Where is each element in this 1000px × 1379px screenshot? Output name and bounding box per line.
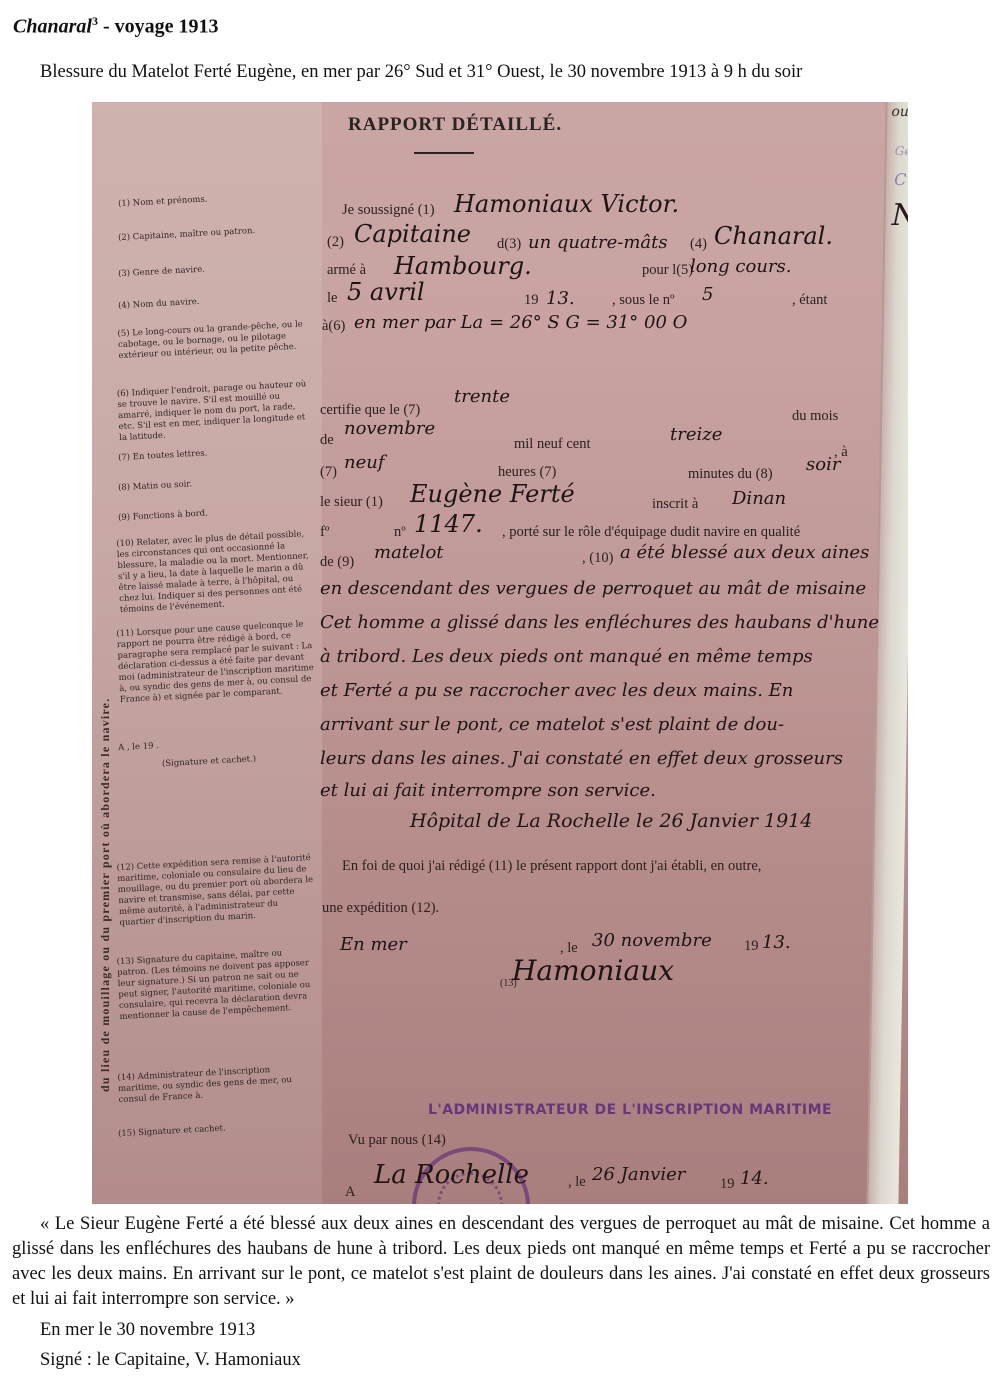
printed-mil-neuf-cent: mil neuf cent <box>514 436 591 453</box>
handwritten-place: En mer <box>340 934 407 955</box>
printed-ref6: à(6) <box>322 318 345 335</box>
transcription-signed: Signé : le Capitaine, V. Hamoniaux <box>40 1350 301 1371</box>
printed-le-sieur: le sieur (1) <box>320 494 383 511</box>
handwritten-year: 13. <box>546 288 575 309</box>
title-rule <box>414 152 474 154</box>
printed-inscrit-a: inscrit à <box>652 496 698 513</box>
captain-signature: Hamoniaux <box>512 954 674 987</box>
printed-de9: de (9) <box>320 554 354 571</box>
printed-le3: , le <box>568 1174 586 1191</box>
printed-a: A <box>345 1184 355 1201</box>
handwritten-reg-number: 1147. <box>414 510 483 538</box>
printed-de: de <box>320 432 334 449</box>
printed-vu-par-nous: Vu par nous (14) <box>348 1132 446 1149</box>
margin-note: (10) Relater, avec le plus de détail pos… <box>116 529 316 616</box>
handwritten-sailor: Eugène Ferté <box>410 480 575 508</box>
handwritten-hospital-note: Hôpital de La Rochelle le 26 Janvier 191… <box>410 810 812 832</box>
printed-ref2: (2) <box>327 234 344 251</box>
printed-year3: 19 <box>720 1176 735 1193</box>
printed-je-soussigne: Je soussigné (1) <box>342 202 435 219</box>
printed-sous-le-no: , sous le nº <box>612 292 675 309</box>
margin-note: (12) Cette expédition sera remise à l'au… <box>116 853 315 929</box>
adjacent-sheet: ou Gén C N <box>866 102 908 1204</box>
handwritten-place3: La Rochelle <box>374 1160 529 1190</box>
document-photo: ou Gén C N du lieu de mouillage ou du pr… <box>92 102 908 1204</box>
title-rest: - voyage 1913 <box>98 16 219 38</box>
printed-une-expedition: une expédition (12). <box>322 900 439 917</box>
handwritten-port: Hambourg. <box>394 252 532 280</box>
printed-ref7: (7) <box>320 464 337 481</box>
transcription-quote: « Le Sieur Eugène Ferté a été blessé aux… <box>12 1212 990 1312</box>
handwritten-date2: 30 novembre <box>592 930 712 951</box>
handwritten-hour: neuf <box>344 452 385 473</box>
printed-le: le <box>327 290 337 307</box>
narrative-line: Cet homme a glissé dans les enfléchures … <box>320 612 879 633</box>
handwritten-ship-type: un quatre-mâts <box>528 232 668 253</box>
printed-year: 19 <box>524 292 539 309</box>
printed-d3: d(3) <box>497 236 521 253</box>
handwritten-year-words: treize <box>670 424 722 445</box>
narrative-line: leurs dans les aines. J'ai constaté en e… <box>320 748 843 769</box>
printed-heures: heures (7) <box>498 464 556 481</box>
printed-ref4: (4) <box>690 236 707 253</box>
printed-ref10: , (10) <box>582 550 613 567</box>
narrative-line: et lui ai fait interrompre son service. <box>320 780 656 801</box>
printed-certifie: certifie que le (7) <box>320 402 420 419</box>
handwritten-position: en mer par La = 26° S G = 31° 00 O <box>354 312 687 333</box>
vertical-margin-note: du lieu de mouillage ou du premier port … <box>98 698 113 1092</box>
printed-arme-a: armé à <box>327 262 366 279</box>
handwritten-registered-at: Dinan <box>732 488 786 509</box>
narrative-line: à tribord. Les deux pieds ont manqué en … <box>320 646 813 667</box>
page-title: Chanaral3 - voyage 1913 <box>13 14 218 39</box>
handwritten-date3: 26 Janvier <box>592 1164 685 1185</box>
printed-year2: 19 <box>744 938 759 955</box>
handwritten-year2: 13. <box>762 932 791 953</box>
printed-pour: pour l(5) <box>642 262 693 279</box>
handwritten-date: 5 avril <box>347 278 425 306</box>
margin-note: (11) Lorsque pour une cause quelconque l… <box>116 619 316 706</box>
handwritten-month: novembre <box>344 418 435 439</box>
printed-folio: fº <box>320 524 329 541</box>
handwritten-rank: Capitaine <box>354 220 471 248</box>
narrative-line: en descendant des vergues de perroquet a… <box>320 578 866 599</box>
handwritten-voyage: long cours. <box>690 256 792 277</box>
printed-en-foi: En foi de quoi j'ai rédigé (11) le prése… <box>342 858 761 875</box>
handwritten-function: matelot <box>374 542 444 563</box>
handwritten-year3: 14. <box>740 1168 769 1189</box>
handwritten-period: soir <box>806 454 840 475</box>
printed-porte-sur: , porté sur le rôle d'équipage dudit nav… <box>502 524 800 541</box>
printed-no: nº <box>394 524 406 541</box>
report-title: RAPPORT DÉTAILLÉ. <box>348 114 562 136</box>
printed-minutes-du: minutes du (8) <box>688 466 773 483</box>
handwritten-ship: Chanaral. <box>714 222 833 250</box>
margin-note: (13) Signature du capitaine, maître ou p… <box>116 947 315 1023</box>
administrator-stamp: L'ADMINISTRATEUR DE L'INSCRIPTION MARITI… <box>428 1102 832 1118</box>
printed-du-mois: du mois <box>792 408 838 425</box>
handwritten-number: 5 <box>702 284 713 305</box>
narrative-line: a été blessé aux deux aines <box>620 542 869 563</box>
handwritten-name: Hamoniaux Victor. <box>454 190 679 218</box>
narrative-line: arrivant sur le pont, ce matelot s'est p… <box>320 714 784 735</box>
handwritten-day: trente <box>454 386 510 407</box>
margin-note: (6) Indiquer l'endroit, parage ou hauteu… <box>117 379 316 444</box>
ship-name: Chanaral <box>13 16 92 38</box>
narrative-line: et Ferté a pu se raccrocher avec les deu… <box>320 680 793 701</box>
transcription-place-date: En mer le 30 novembre 1913 <box>40 1320 255 1341</box>
printed-etant: , étant <box>792 292 827 309</box>
page-subtitle: Blessure du Matelot Ferté Eugène, en mer… <box>40 62 802 83</box>
